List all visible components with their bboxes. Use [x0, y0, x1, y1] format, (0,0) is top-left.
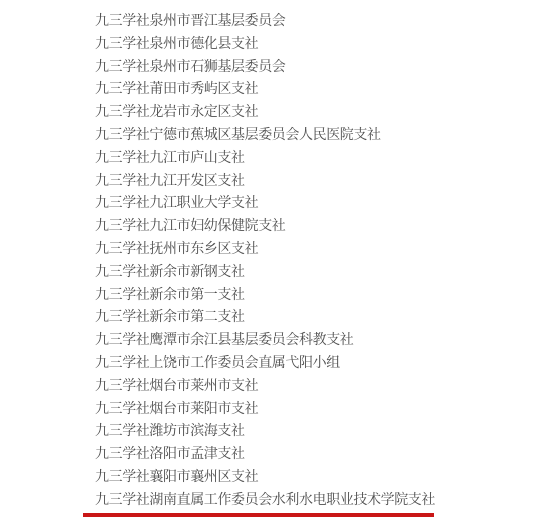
list-item: 九三学社龙岩市永定区支社: [95, 101, 559, 124]
list-item: 九三学社九江职业大学支社: [95, 192, 559, 215]
list-item: 九三学社泉州市晋江基层委员会: [95, 10, 559, 33]
list-item: 九三学社九江市庐山支社: [95, 147, 559, 170]
list-item: 九三学社上饶市工作委员会直属弋阳小组: [95, 352, 559, 375]
list-item: 九三学社新余市新钢支社: [95, 261, 559, 284]
list-item: 九三学社抚州市东乡区支社: [95, 238, 559, 261]
list-item: 九三学社九江开发区支社: [95, 170, 559, 193]
list-item: 九三学社新余市第一支社: [95, 284, 559, 307]
red-underline-annotation: [83, 513, 434, 517]
list-item: 九三学社烟台市莱阳市支社: [95, 398, 559, 421]
list-item: 九三学社泉州市德化县支社: [95, 33, 559, 56]
org-list: 九三学社泉州市晋江基层委员会九三学社泉州市德化县支社九三学社泉州市石狮基层委员会…: [95, 10, 559, 512]
list-item: 九三学社宁德市蕉城区基层委员会人民医院支社: [95, 124, 559, 147]
list-item: 九三学社泉州市石狮基层委员会: [95, 56, 559, 79]
list-item: 九三学社鹰潭市余江县基层委员会科教支社: [95, 329, 559, 352]
list-item: 九三学社新余市第二支社: [95, 306, 559, 329]
list-item: 九三学社湖南直属工作委员会水利水电职业技术学院支社: [95, 489, 559, 512]
document-page: 九三学社泉州市晋江基层委员会九三学社泉州市德化县支社九三学社泉州市石狮基层委员会…: [0, 0, 559, 522]
list-item: 九三学社潍坊市滨海支社: [95, 420, 559, 443]
list-item: 九三学社莆田市秀屿区支社: [95, 78, 559, 101]
list-item: 九三学社襄阳市襄州区支社: [95, 466, 559, 489]
list-item: 九三学社九江市妇幼保健院支社: [95, 215, 559, 238]
list-item: 九三学社洛阳市孟津支社: [95, 443, 559, 466]
list-item: 九三学社烟台市莱州市支社: [95, 375, 559, 398]
